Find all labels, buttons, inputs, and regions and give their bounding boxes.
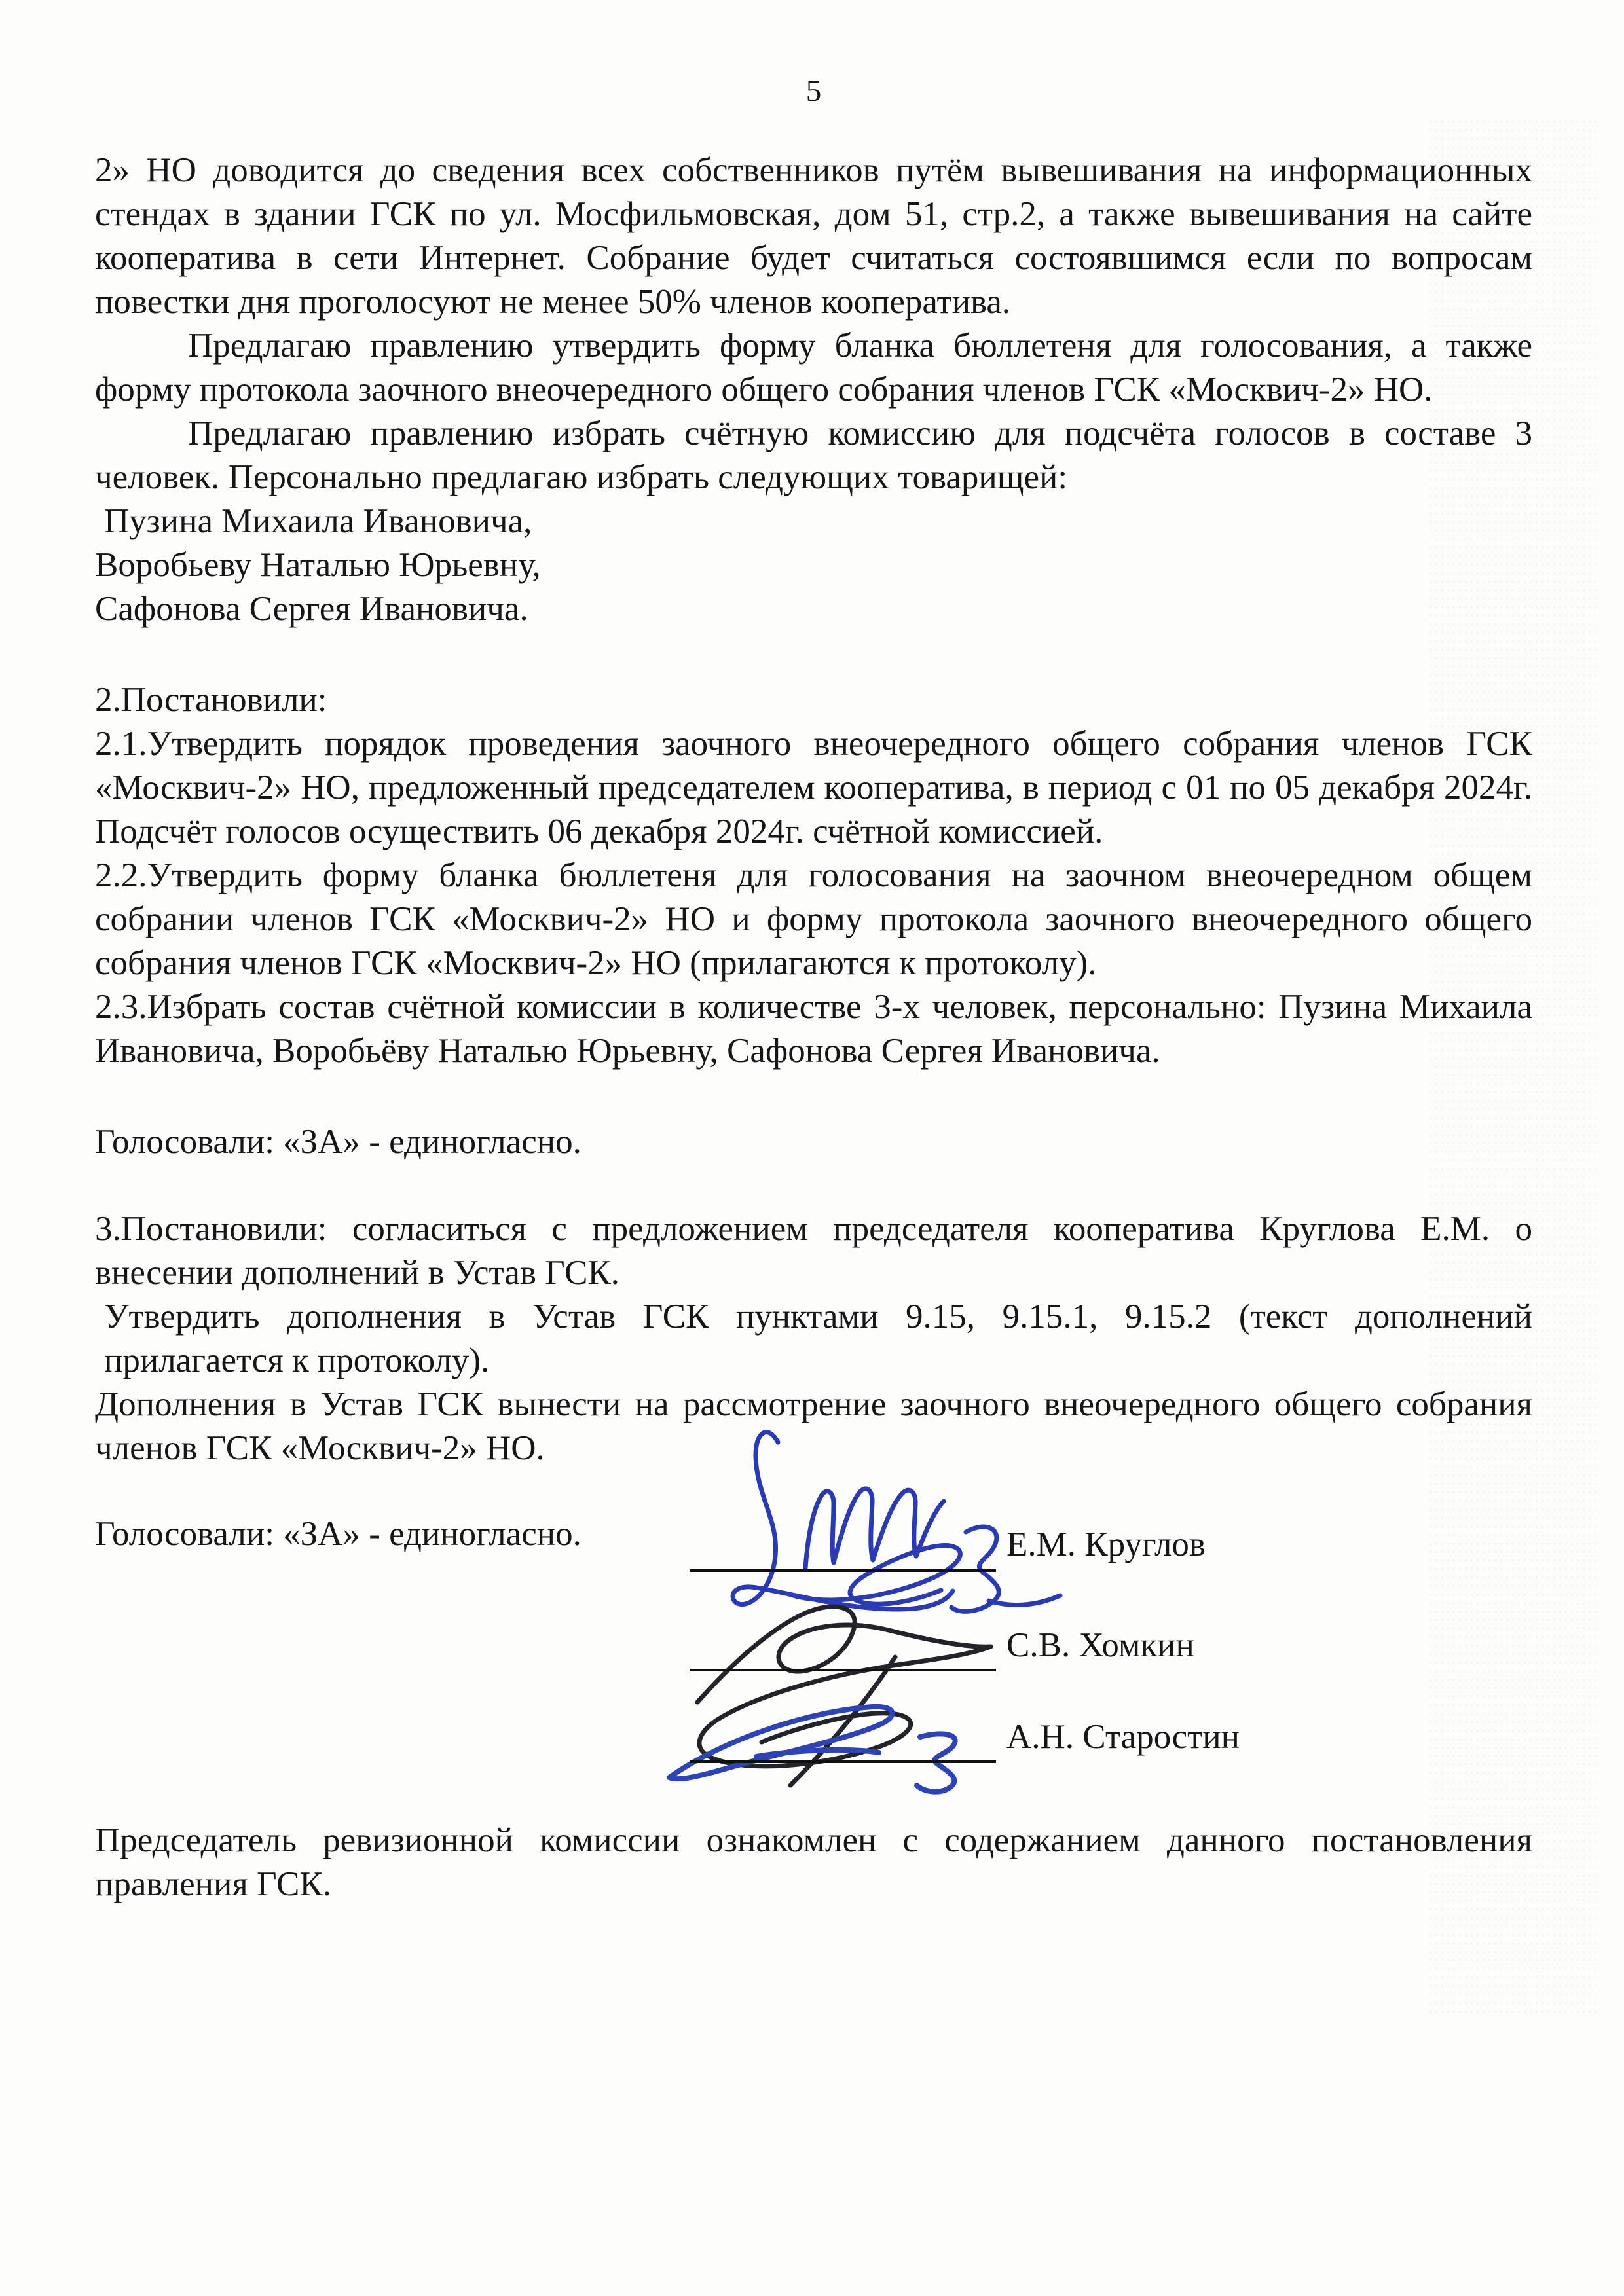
resolutions-2-title: 2.Постановили: (95, 678, 1532, 722)
signature-line-khomkin (690, 1669, 996, 1671)
commission-name-puzin: Пузина Михаила Ивановича, (95, 500, 1532, 543)
paragraph-proposal-commission: Предлагаю правлению избрать счётную коми… (95, 412, 1532, 500)
signature-starostin-icon (661, 1679, 1015, 1804)
resolution-3-intro: 3.Постановили: согласиться с предложение… (95, 1207, 1532, 1295)
page-number: 5 (95, 0, 1532, 113)
page-content: 5 2» НО доводится до сведения всех собст… (95, 0, 1532, 1906)
signature-name-starostin: А.Н. Старостин (1006, 1715, 1240, 1759)
signature-line-starostin (690, 1760, 996, 1763)
signature-line-kruglov (690, 1569, 996, 1572)
resolution-2-3: 2.3.Избрать состав счётной комиссии в ко… (95, 985, 1532, 1073)
signature-starostin-stroke (669, 1707, 955, 1792)
vote-result-1: Голосовали: «ЗА» - единогласно. (95, 1120, 1532, 1164)
signature-kruglov-stroke (733, 1432, 1060, 1612)
paragraph-continuation: 2» НО доводится до сведения всех собстве… (95, 149, 1532, 324)
commission-name-safonov: Сафонова Сергея Ивановича. (95, 587, 1532, 631)
commission-name-vorobyeva: Воробьеву Наталью Юрьевну, (95, 543, 1532, 587)
signature-name-khomkin: С.В. Хомкин (1006, 1624, 1194, 1667)
resolution-2-2: 2.2.Утвердить форму бланка бюллетеня для… (95, 854, 1532, 985)
resolution-3-amendments: Утвердить дополнения в Устав ГСК пунктам… (95, 1295, 1532, 1383)
signature-block: Голосовали: «ЗА» - единогласно. (95, 1512, 1532, 1800)
paragraph-proposal-ballot: Предлагаю правлению утвердить форму блан… (95, 324, 1532, 412)
resolution-2-1: 2.1.Утвердить порядок проведения заочног… (95, 722, 1532, 854)
commission-names-list: Пузина Михаила Ивановича, Воробьеву Ната… (95, 500, 1532, 631)
vote-result-2: Голосовали: «ЗА» - единогласно. (95, 1512, 581, 1556)
document-page: 5 2» НО доводится до сведения всех собст… (0, 0, 1624, 2296)
closing-note: Председатель ревизионной комиссии ознако… (95, 1819, 1532, 1906)
signature-name-kruglov: Е.М. Круглов (1006, 1523, 1206, 1567)
